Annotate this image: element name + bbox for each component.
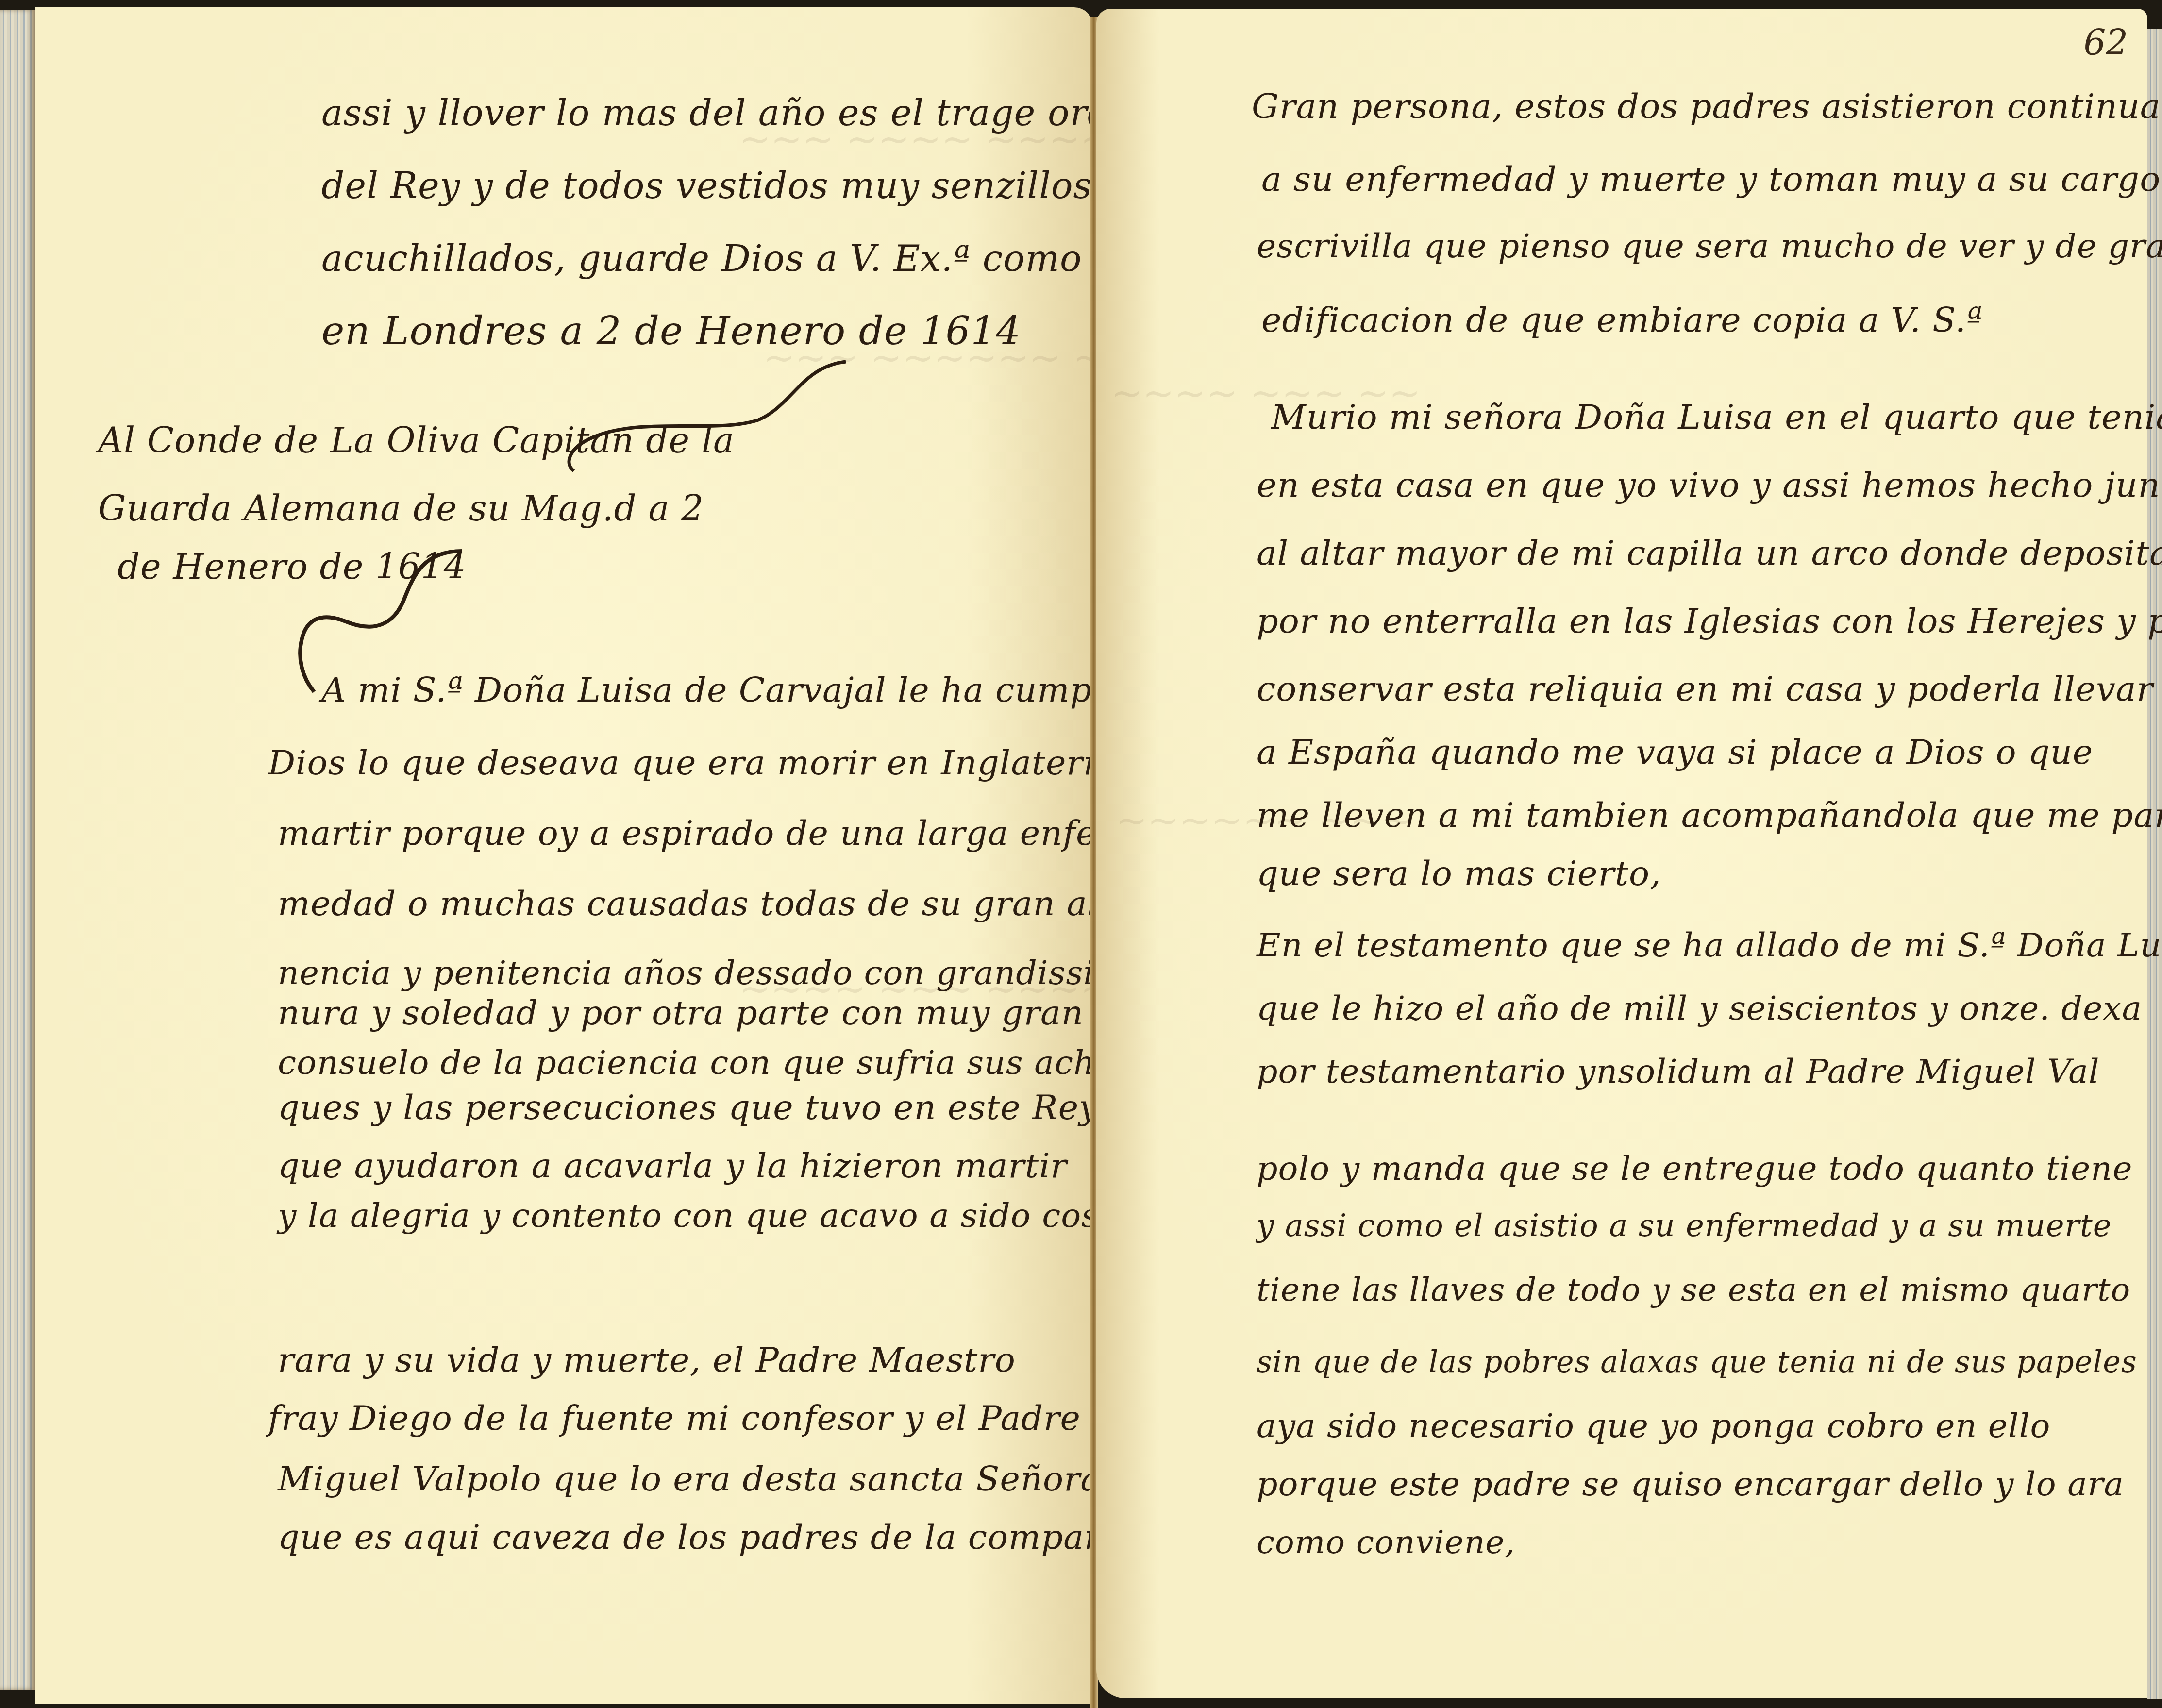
text-line: aya sido necesario que yo ponga cobro en… [1257, 1407, 2051, 1445]
text-line: a España quando me vaya si place a Dios … [1257, 732, 2093, 772]
text-line: edificacion de que embiare copia a V. S.… [1261, 300, 1983, 340]
text-line: por testamentario ynsolidum al Padre Mig… [1257, 1053, 2100, 1091]
text-line: que es aqui caveza de los padres de la c… [278, 1517, 1170, 1557]
text-line: conservar esta reliquia en mi casa y pod… [1257, 669, 2153, 709]
text-line: del Rey y de todos vestidos muy senzillo… [321, 165, 1125, 207]
text-line: y la alegria y contento con que acavo a … [278, 1197, 1119, 1235]
dateline: en Londres a 2 de Henero de 1614 [321, 308, 1021, 353]
text-line: Dios lo que deseava que era morir en Ing… [268, 743, 1152, 783]
text-line: medad o muchas causadas todas de su gran… [278, 884, 1153, 923]
left-page-edges [0, 10, 35, 1690]
address-line: de Henero de 1614 [117, 546, 466, 587]
text-line: tiene las llaves de todo y se esta en el… [1257, 1271, 2130, 1308]
text-line: y assi como el asistio a su enfermedad y… [1257, 1208, 2112, 1244]
text-line: en esta casa en que yo vivo y assi hemos… [1257, 465, 2162, 505]
open-manuscript-book: ~~~ ~~~~ ~~~~~ ~~~ ~~~~~~ ~~~ ~~~~ ~~~ ~… [0, 0, 2162, 1708]
text-line: nura y soledad y por otra parte con muy … [278, 993, 1084, 1033]
address-line: Al Conde de La Oliva Capitan de la [98, 420, 735, 461]
text-line: assi y llover lo mas del año es el trage… [321, 92, 1220, 134]
text-line: escrivilla que pienso que sera mucho de … [1257, 227, 2162, 266]
folio-number: 62 [2083, 22, 2128, 63]
text-line: rara y su vida y muerte, el Padre Maestr… [278, 1340, 1016, 1380]
text-line: nencia y penitencia años dessado con gra… [278, 954, 1207, 992]
text-line: porque este padre se quiso encargar dell… [1257, 1465, 2124, 1504]
right-page: 62 ~~~~ ~~~ ~~ ~~~~~~ ~~~ Gran persona, … [1096, 9, 2147, 1698]
left-page: ~~~ ~~~~ ~~~~~ ~~~ ~~~~~~ ~~~ ~~~~ ~~~ ~… [35, 7, 1093, 1704]
text-line: polo y manda que se le entregue todo qua… [1257, 1150, 2132, 1188]
text-line: que sera lo mas cierto, [1257, 854, 1661, 893]
text-line: fray Diego de la fuente mi confesor y el… [268, 1398, 1081, 1438]
text-line: martir porque oy a espirado de una larga… [278, 813, 1113, 853]
text-line: En el testamento que se ha allado de mi … [1257, 926, 2162, 965]
text-line: por no enterralla en las Iglesias con lo… [1257, 601, 2162, 641]
right-page-edges [2147, 29, 2162, 1699]
text-line: al altar mayor de mi capilla un arco don… [1257, 533, 2162, 573]
text-line: sin que de las pobres alaxas que tenia n… [1257, 1344, 2137, 1379]
address-line: Guarda Alemana de su Mag.d a 2 [98, 488, 704, 529]
text-line: que le hizo el año de mill y seiscientos… [1257, 989, 2142, 1028]
text-line: ques y las persecuciones que tuvo en est… [278, 1088, 1142, 1127]
text-line: que ayudaron a acavarla y la hizieron ma… [278, 1146, 1067, 1186]
text-line: a su enfermedad y muerte y toman muy a s… [1261, 159, 2161, 199]
text-line: me lleven a mi tambien acompañandola que… [1257, 795, 2162, 835]
text-line: Gran persona, estos dos padres asistiero… [1252, 86, 2162, 126]
text-line: Murio mi señora Doña Luisa en el quarto … [1271, 397, 2162, 437]
text-line: Miguel Valpolo que lo era desta sancta S… [278, 1459, 1101, 1499]
text-line: consuelo de la paciencia con que sufria … [278, 1044, 1118, 1082]
text-line: como conviene, [1257, 1524, 1515, 1561]
text-line: A mi S.ª Doña Luisa de Carvajal le ha cu… [321, 670, 1158, 710]
